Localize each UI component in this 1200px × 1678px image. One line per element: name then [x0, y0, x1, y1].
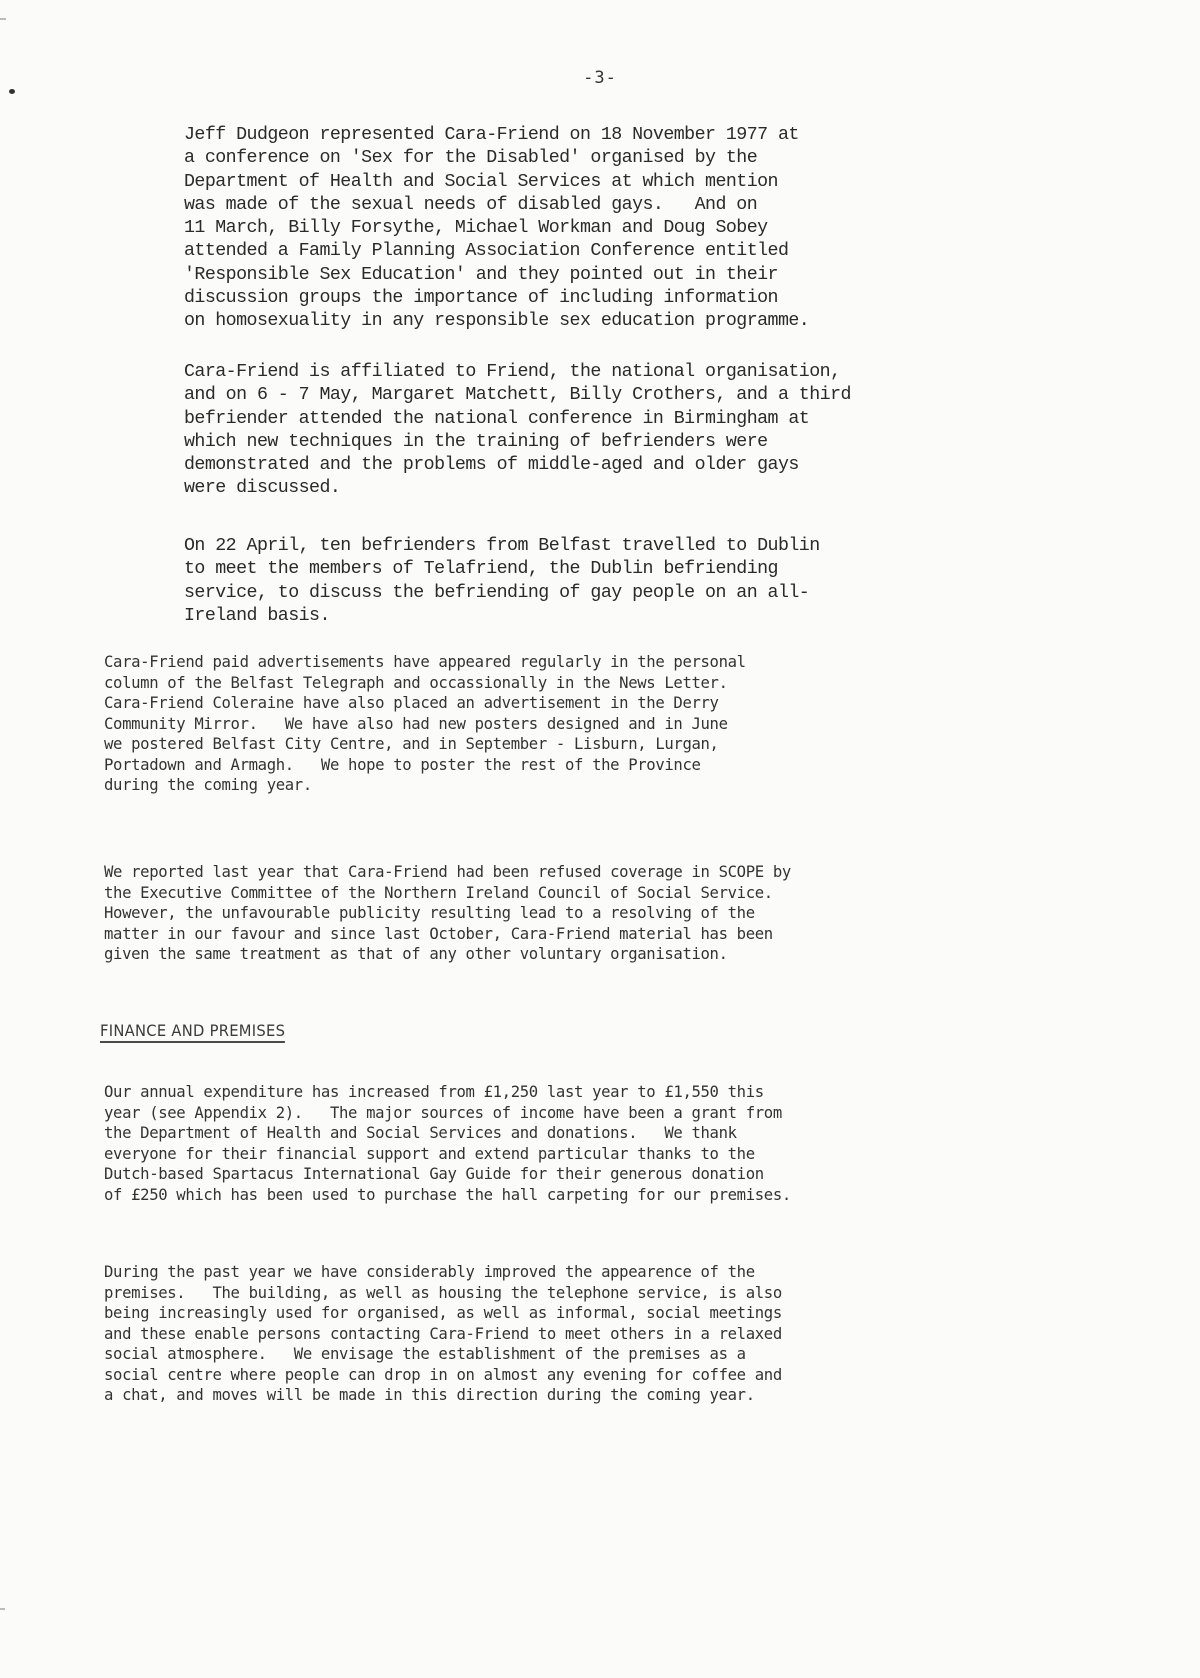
text-line: 11 March, Billy Forsythe, Michael Workma… — [184, 217, 809, 240]
text-line: Cara-Friend Coleraine have also placed a… — [104, 693, 746, 714]
text-line: was made of the sexual needs of disabled… — [184, 194, 809, 217]
text-line: Community Mirror. We have also had new p… — [104, 714, 746, 735]
paragraph-premises: During the past year we have considerabl… — [104, 1262, 782, 1406]
text-line: premises. The building, as well as housi… — [104, 1283, 782, 1304]
section-heading-finance-premises: FINANCE AND PREMISES — [100, 1021, 285, 1043]
text-line: Jeff Dudgeon represented Cara-Friend on … — [184, 124, 809, 147]
scan-edge-mark — [0, 18, 6, 20]
paragraph-friend-affiliation: Cara-Friend is affiliated to Friend, the… — [184, 361, 851, 501]
text-line: befriender attended the national confere… — [184, 408, 851, 431]
paragraph-advertisements: Cara-Friend paid advertisements have app… — [104, 652, 746, 796]
text-line: a conference on 'Sex for the Disabled' o… — [184, 147, 809, 170]
text-line: Cara-Friend is affiliated to Friend, the… — [184, 361, 851, 384]
paragraph-dublin-visit: On 22 April, ten befrienders from Belfas… — [184, 535, 820, 628]
text-line: discussion groups the importance of incl… — [184, 287, 809, 310]
text-line: Our annual expenditure has increased fro… — [104, 1082, 791, 1103]
text-line: year (see Appendix 2). The major sources… — [104, 1103, 791, 1124]
paragraph-expenditure: Our annual expenditure has increased fro… — [104, 1082, 791, 1205]
text-line: matter in our favour and since last Octo… — [104, 924, 791, 945]
text-line: column of the Belfast Telegraph and occa… — [104, 673, 746, 694]
scan-speck — [9, 89, 15, 94]
paragraph-scope-coverage: We reported last year that Cara-Friend h… — [104, 862, 791, 965]
text-line: which new techniques in the training of … — [184, 431, 851, 454]
text-line: being increasingly used for organised, a… — [104, 1303, 782, 1324]
page-number: -3- — [0, 68, 1200, 88]
text-line: during the coming year. — [104, 775, 746, 796]
text-line: the Department of Health and Social Serv… — [104, 1123, 791, 1144]
text-line: on homosexuality in any responsible sex … — [184, 310, 809, 333]
text-line: attended a Family Planning Association C… — [184, 240, 809, 263]
text-line: Dutch-based Spartacus International Gay … — [104, 1164, 791, 1185]
document-page: -3- Jeff Dudgeon represented Cara-Friend… — [0, 0, 1200, 1678]
text-line: On 22 April, ten befrienders from Belfas… — [184, 535, 820, 558]
text-line: and these enable persons contacting Cara… — [104, 1324, 782, 1345]
scan-edge-mark — [0, 1608, 5, 1610]
text-line: and on 6 - 7 May, Margaret Matchett, Bil… — [184, 384, 851, 407]
text-line: However, the unfavourable publicity resu… — [104, 903, 791, 924]
text-line: social atmosphere. We envisage the estab… — [104, 1344, 782, 1365]
text-line: given the same treatment as that of any … — [104, 944, 791, 965]
text-line: to meet the members of Telafriend, the D… — [184, 558, 820, 581]
text-line: demonstrated and the problems of middle-… — [184, 454, 851, 477]
text-line: we postered Belfast City Centre, and in … — [104, 734, 746, 755]
text-line: During the past year we have considerabl… — [104, 1262, 782, 1283]
text-line: social centre where people can drop in o… — [104, 1365, 782, 1386]
text-line: We reported last year that Cara-Friend h… — [104, 862, 791, 883]
text-line: service, to discuss the befriending of g… — [184, 582, 820, 605]
text-line: Portadown and Armagh. We hope to poster … — [104, 755, 746, 776]
text-line: Department of Health and Social Services… — [184, 171, 809, 194]
text-line: a chat, and moves will be made in this d… — [104, 1385, 782, 1406]
text-line: Ireland basis. — [184, 605, 820, 628]
text-line: were discussed. — [184, 477, 851, 500]
text-line: everyone for their financial support and… — [104, 1144, 791, 1165]
text-line: of £250 which has been used to purchase … — [104, 1185, 791, 1206]
paragraph-conferences: Jeff Dudgeon represented Cara-Friend on … — [184, 124, 809, 334]
text-line: the Executive Committee of the Northern … — [104, 883, 791, 904]
text-line: Cara-Friend paid advertisements have app… — [104, 652, 746, 673]
text-line: 'Responsible Sex Education' and they poi… — [184, 264, 809, 287]
